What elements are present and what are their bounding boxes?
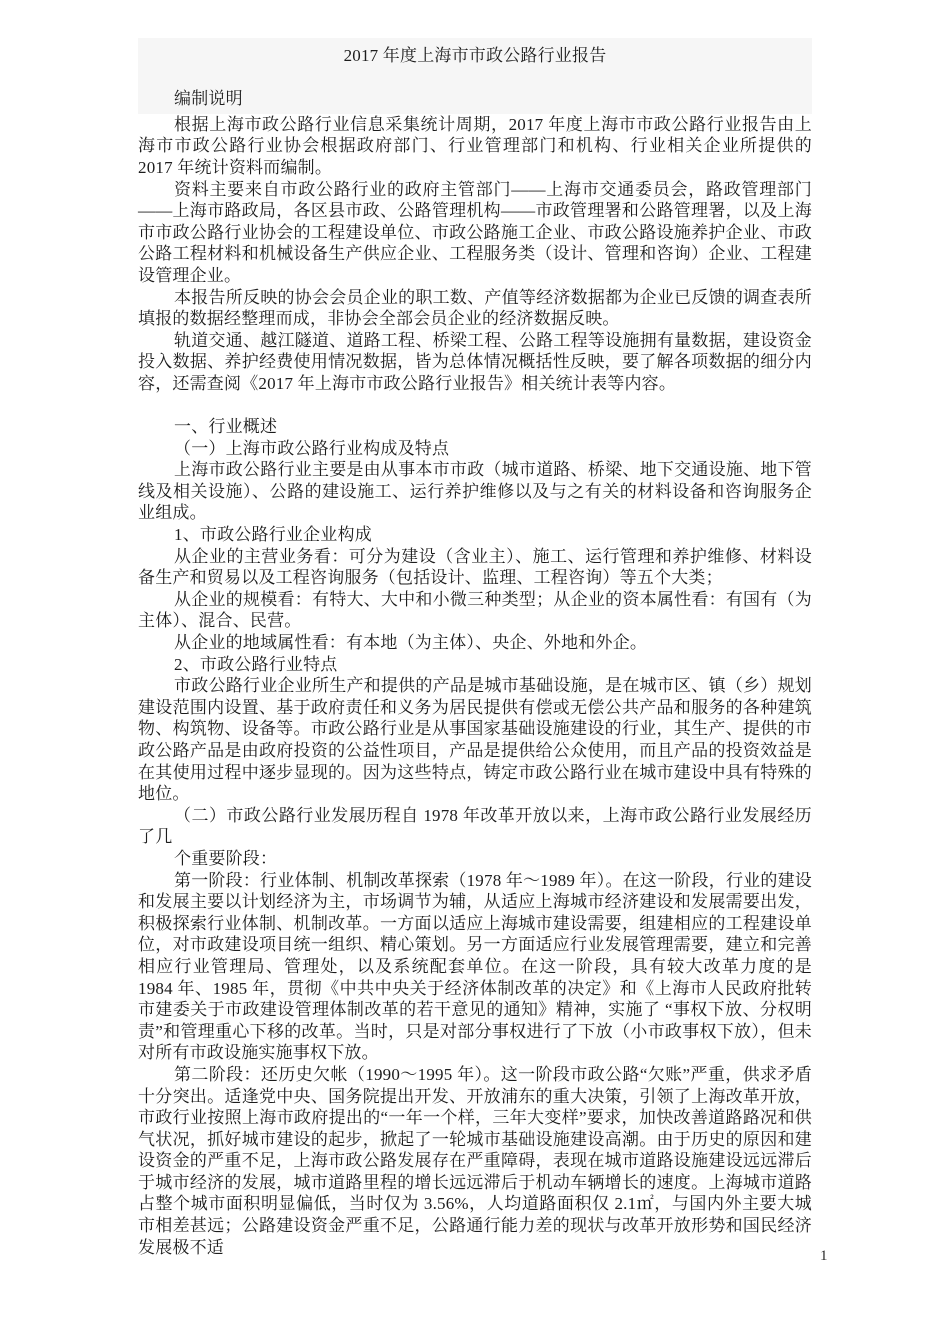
blank-line	[138, 395, 812, 417]
paragraph: 从企业的规模看：有特大、大中和小微三种类型；从企业的资本属性看：有国有（为主体）…	[138, 589, 812, 632]
paragraph: 轨道交通、越江隧道、道路工程、桥梁工程、公路工程等设施拥有量数据，建设资金投入数…	[138, 330, 812, 395]
heading-composition-features: （一）上海市政公路行业构成及特点	[138, 438, 812, 460]
blank-line	[138, 67, 812, 89]
paragraph: 市政公路行业企业所生产和提供的产品是城市基础设施，是在城市区、镇（乡）规划建设范…	[138, 675, 812, 805]
paragraph: 本报告所反映的协会会员企业的职工数、产值等经济数据都为企业已反馈的调查表所填报的…	[138, 287, 812, 330]
heading-development-history: （二）市政公路行业发展历程自 1978 年改革开放以来，上海市政公路行业发展经历…	[138, 805, 812, 848]
paragraph: 从企业的主营业务看：可分为建设（含业主）、施工、运行管理和养护维修、材料设备生产…	[138, 546, 812, 589]
heading-enterprise-composition: 1、市政公路行业企业构成	[138, 524, 812, 546]
paragraph-stage-one: 第一阶段：行业体制、机制改革探索（1978 年～1989 年）。在这一阶段，行业…	[138, 870, 812, 1064]
document-page: 2017 年度上海市市政公路行业报告 编制说明 根据上海市政公路行业信息采集统计…	[0, 0, 950, 1344]
title-section: 2017 年度上海市市政公路行业报告 编制说明	[138, 38, 812, 114]
paragraph-stage-two: 第二阶段：还历史欠帐（1990～1995 年）。这一阶段市政公路“欠账”严重，供…	[138, 1064, 812, 1258]
heading-industry-overview: 一、行业概述	[138, 416, 812, 438]
heading-industry-characteristics: 2、市政公路行业特点	[138, 654, 812, 676]
paragraph: 上海市政公路行业主要是由从事本市市政（城市道路、桥梁、地下交通设施、地下管线及相…	[138, 459, 812, 524]
paragraph: 根据上海市政公路行业信息采集统计周期，2017 年度上海市市政公路行业报告由上海…	[138, 114, 812, 179]
page-content: 2017 年度上海市市政公路行业报告 编制说明 根据上海市政公路行业信息采集统计…	[0, 0, 950, 1258]
heading-development-history-cont: 个重要阶段：	[138, 848, 812, 870]
document-title: 2017 年度上海市市政公路行业报告	[138, 45, 812, 67]
heading-compilation-notes: 编制说明	[138, 88, 812, 110]
paragraph: 资料主要来自市政公路行业的政府主管部门——上海市交通委员会，路政管理部门——上海…	[138, 179, 812, 287]
paragraph: 从企业的地域属性看：有本地（为主体）、央企、外地和外企。	[138, 632, 812, 654]
page-number: 1	[820, 1247, 828, 1265]
